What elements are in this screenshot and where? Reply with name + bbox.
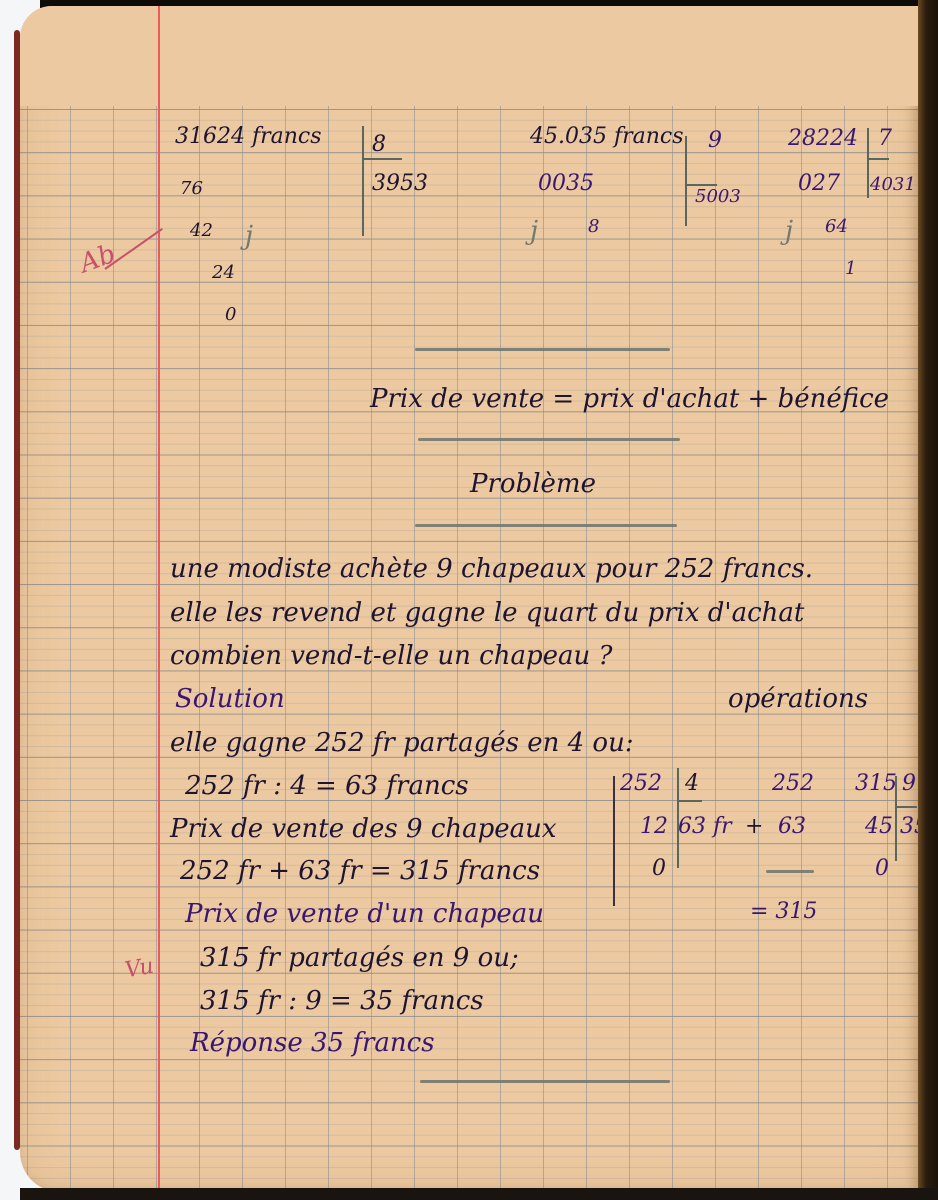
division-1-dividend: 31624 francs xyxy=(175,124,322,149)
division-2-divisor: 9 xyxy=(708,128,722,153)
division-3-divisor: 7 xyxy=(878,126,892,151)
division-3-bracket-line xyxy=(867,158,889,160)
division-1-remainder: 76 xyxy=(180,178,203,199)
red-margin-line xyxy=(158,6,160,1192)
op-quotient: 35 xyxy=(900,814,920,839)
division-3-remainder: 64 xyxy=(825,216,848,237)
division-1-divisor: 8 xyxy=(372,132,386,157)
pencil-separator xyxy=(415,348,670,351)
division-1-quotient: 3953 xyxy=(372,171,428,196)
solution-line: 315 fr partagés en 9 ou; xyxy=(200,943,519,973)
division-1-remainder: 24 xyxy=(212,262,235,283)
pencil-separator xyxy=(415,524,677,527)
division-1-remainder: 0 xyxy=(225,304,236,325)
pencil-check-mark: j xyxy=(530,216,538,246)
op-divisor: 9 xyxy=(902,771,916,796)
solution-line: Prix de vente d'un chapeau xyxy=(185,899,544,929)
op-plus-sign: + xyxy=(745,814,763,839)
division-3-remainder: 027 xyxy=(798,171,840,196)
op-remainder: 0 xyxy=(875,856,889,881)
division-2-quotient: 5003 xyxy=(695,186,741,207)
division-3-quotient: 4031 xyxy=(870,174,916,195)
op-bracket xyxy=(895,776,897,861)
op-remainder: 0 xyxy=(652,856,666,881)
op-quotient: 63 fr xyxy=(678,814,732,839)
operations-heading: opérations xyxy=(728,684,868,714)
problem-line: combien vend-t-elle un chapeau ? xyxy=(170,641,612,671)
solution-line: 252 fr : 4 = 63 francs xyxy=(185,771,469,801)
op-remainder: 45 xyxy=(865,814,893,839)
pencil-check-mark: j xyxy=(785,216,793,246)
op-bracket-line xyxy=(895,806,917,808)
answer-line: Réponse 35 francs xyxy=(190,1028,435,1058)
operations-column-divider xyxy=(613,776,615,906)
op-dividend: 315 xyxy=(855,771,897,796)
op-addend: 252 xyxy=(772,771,814,796)
op-bracket-line xyxy=(677,800,702,802)
problem-line: une modiste achète 9 chapeaux pour 252 f… xyxy=(170,554,813,584)
rule-formula: Prix de vente = prix d'achat + bénéfice xyxy=(370,384,889,414)
solution-line: Prix de vente des 9 chapeaux xyxy=(170,814,557,844)
op-sum-line xyxy=(766,870,814,873)
division-2-bracket xyxy=(685,136,687,226)
op-dividend: 252 xyxy=(620,771,662,796)
division-3-dividend: 28224 xyxy=(788,126,858,151)
op-divisor: 4 xyxy=(685,771,699,796)
solution-line: 315 fr : 9 = 35 francs xyxy=(200,986,484,1016)
notebook-page: 31624 francs 8 3953 76 42 24 0 j 45.035 … xyxy=(20,6,920,1192)
solution-heading: Solution xyxy=(175,684,285,714)
division-2-remainder: 0035 xyxy=(538,171,594,196)
division-2-dividend: 45.035 francs xyxy=(530,124,684,149)
notebook-binding-edge xyxy=(918,0,938,1200)
pencil-separator xyxy=(418,438,680,441)
pencil-check-mark: j xyxy=(245,221,253,251)
pencil-end-line xyxy=(420,1080,670,1083)
division-1-bracket-line xyxy=(362,158,402,160)
op-remainder: 12 xyxy=(640,814,668,839)
teacher-grade-mark: Ab xyxy=(76,239,120,279)
division-3-bracket xyxy=(867,128,869,198)
problem-line: elle les revend et gagne le quart du pri… xyxy=(170,598,804,628)
scan-backdrop-bottom xyxy=(20,1188,938,1200)
division-2-remainder: 8 xyxy=(588,216,599,237)
teacher-seen-mark: Vu xyxy=(123,954,156,984)
solution-line: 252 fr + 63 fr = 315 francs xyxy=(180,856,540,886)
solution-line: elle gagne 252 fr partagés en 4 ou: xyxy=(170,728,634,758)
division-1-bracket xyxy=(362,126,364,236)
op-sum: = 315 xyxy=(750,899,817,924)
division-1-remainder: 42 xyxy=(190,220,213,241)
op-addend: 63 xyxy=(778,814,806,839)
problem-title: Problème xyxy=(470,469,596,499)
division-3-remainder: 1 xyxy=(845,258,856,279)
